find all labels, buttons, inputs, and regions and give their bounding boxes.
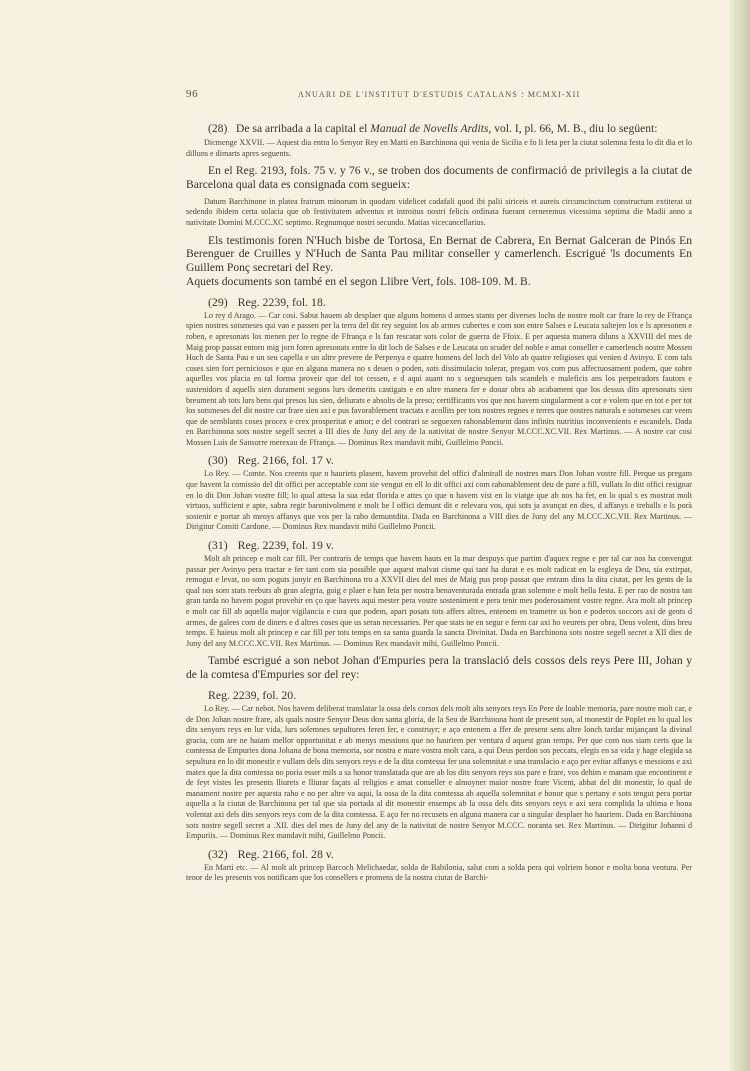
- entry-number: (32): [208, 847, 228, 861]
- entry-number: (31): [208, 538, 228, 552]
- heading-text: De sa arribada a la capital el: [236, 122, 370, 135]
- entry-32-quote: En Marti etc. — Al molt alt princep Barc…: [186, 863, 692, 884]
- heading-text: Reg. 2166, fol. 17 v.: [238, 453, 334, 467]
- heading-title-italic: Manual de Novells Ardits,: [370, 122, 491, 135]
- entry-reg-2239-fol-20-quote: Lo Rey. — Car nebot. Nos havem deliberat…: [186, 704, 692, 842]
- paragraph-reg-2193: En el Reg. 2193, fols. 75 v. y 76 v., se…: [186, 164, 692, 192]
- paragraph-testimonis: Els testimonis foren N'Huch bisbe de Tor…: [186, 234, 692, 275]
- entry-30-heading: (30)Reg. 2166, fol. 17 v.: [186, 453, 692, 467]
- heading-text: Reg. 2239, fol. 19 v.: [238, 538, 334, 552]
- entry-31-heading: (31)Reg. 2239, fol. 19 v.: [186, 538, 692, 552]
- entry-29-heading: (29)Reg. 2239, fol. 18.: [186, 295, 692, 309]
- running-head: 96 ANUARI DE L'INSTITUT D'ESTUDIS CATALA…: [186, 88, 692, 100]
- page-content: 96 ANUARI DE L'INSTITUT D'ESTUDIS CATALA…: [186, 88, 692, 889]
- heading-text: Reg. 2166, fol. 28 v.: [238, 847, 334, 861]
- entry-31-quote: Molt alt princep e molt car fill. Per co…: [186, 554, 692, 649]
- entry-number: (29): [208, 295, 228, 309]
- page-edge-shadow: [728, 0, 750, 1071]
- heading-text: Reg. 2239, fol. 18.: [238, 295, 326, 309]
- entry-28-quote: Dicmenge XXVII. — Aquest dia entra lo Se…: [186, 138, 692, 159]
- quote-datum: Datum Barchinone in platea fratrum minor…: [186, 197, 692, 229]
- entry-30-quote: Lo Rey. — Comte. Nos creents que n hauri…: [186, 469, 692, 533]
- entry-reg-2239-fol-20-heading: Reg. 2239, fol. 20.: [186, 688, 692, 702]
- paragraph-llibre-vert: Aquets documents son també en el segon L…: [186, 275, 692, 289]
- entry-28-heading: (28) De sa arribada a la capital el Manu…: [186, 122, 692, 136]
- journal-title: ANUARI DE L'INSTITUT D'ESTUDIS CATALANS …: [298, 90, 580, 99]
- heading-text: vol. I, pl. 66, M. B., diu lo següent:: [491, 122, 657, 135]
- page-number: 96: [186, 88, 298, 100]
- entry-number: (30): [208, 453, 228, 467]
- entry-32-heading: (32)Reg. 2166, fol. 28 v.: [186, 847, 692, 861]
- entry-29-quote: Lo rey d Arago. — Car cosi. Sabut hauem …: [186, 311, 692, 449]
- entry-number: (28): [208, 122, 227, 135]
- paragraph-tambe: També escrigué a son nebot Johan d'Empur…: [186, 654, 692, 682]
